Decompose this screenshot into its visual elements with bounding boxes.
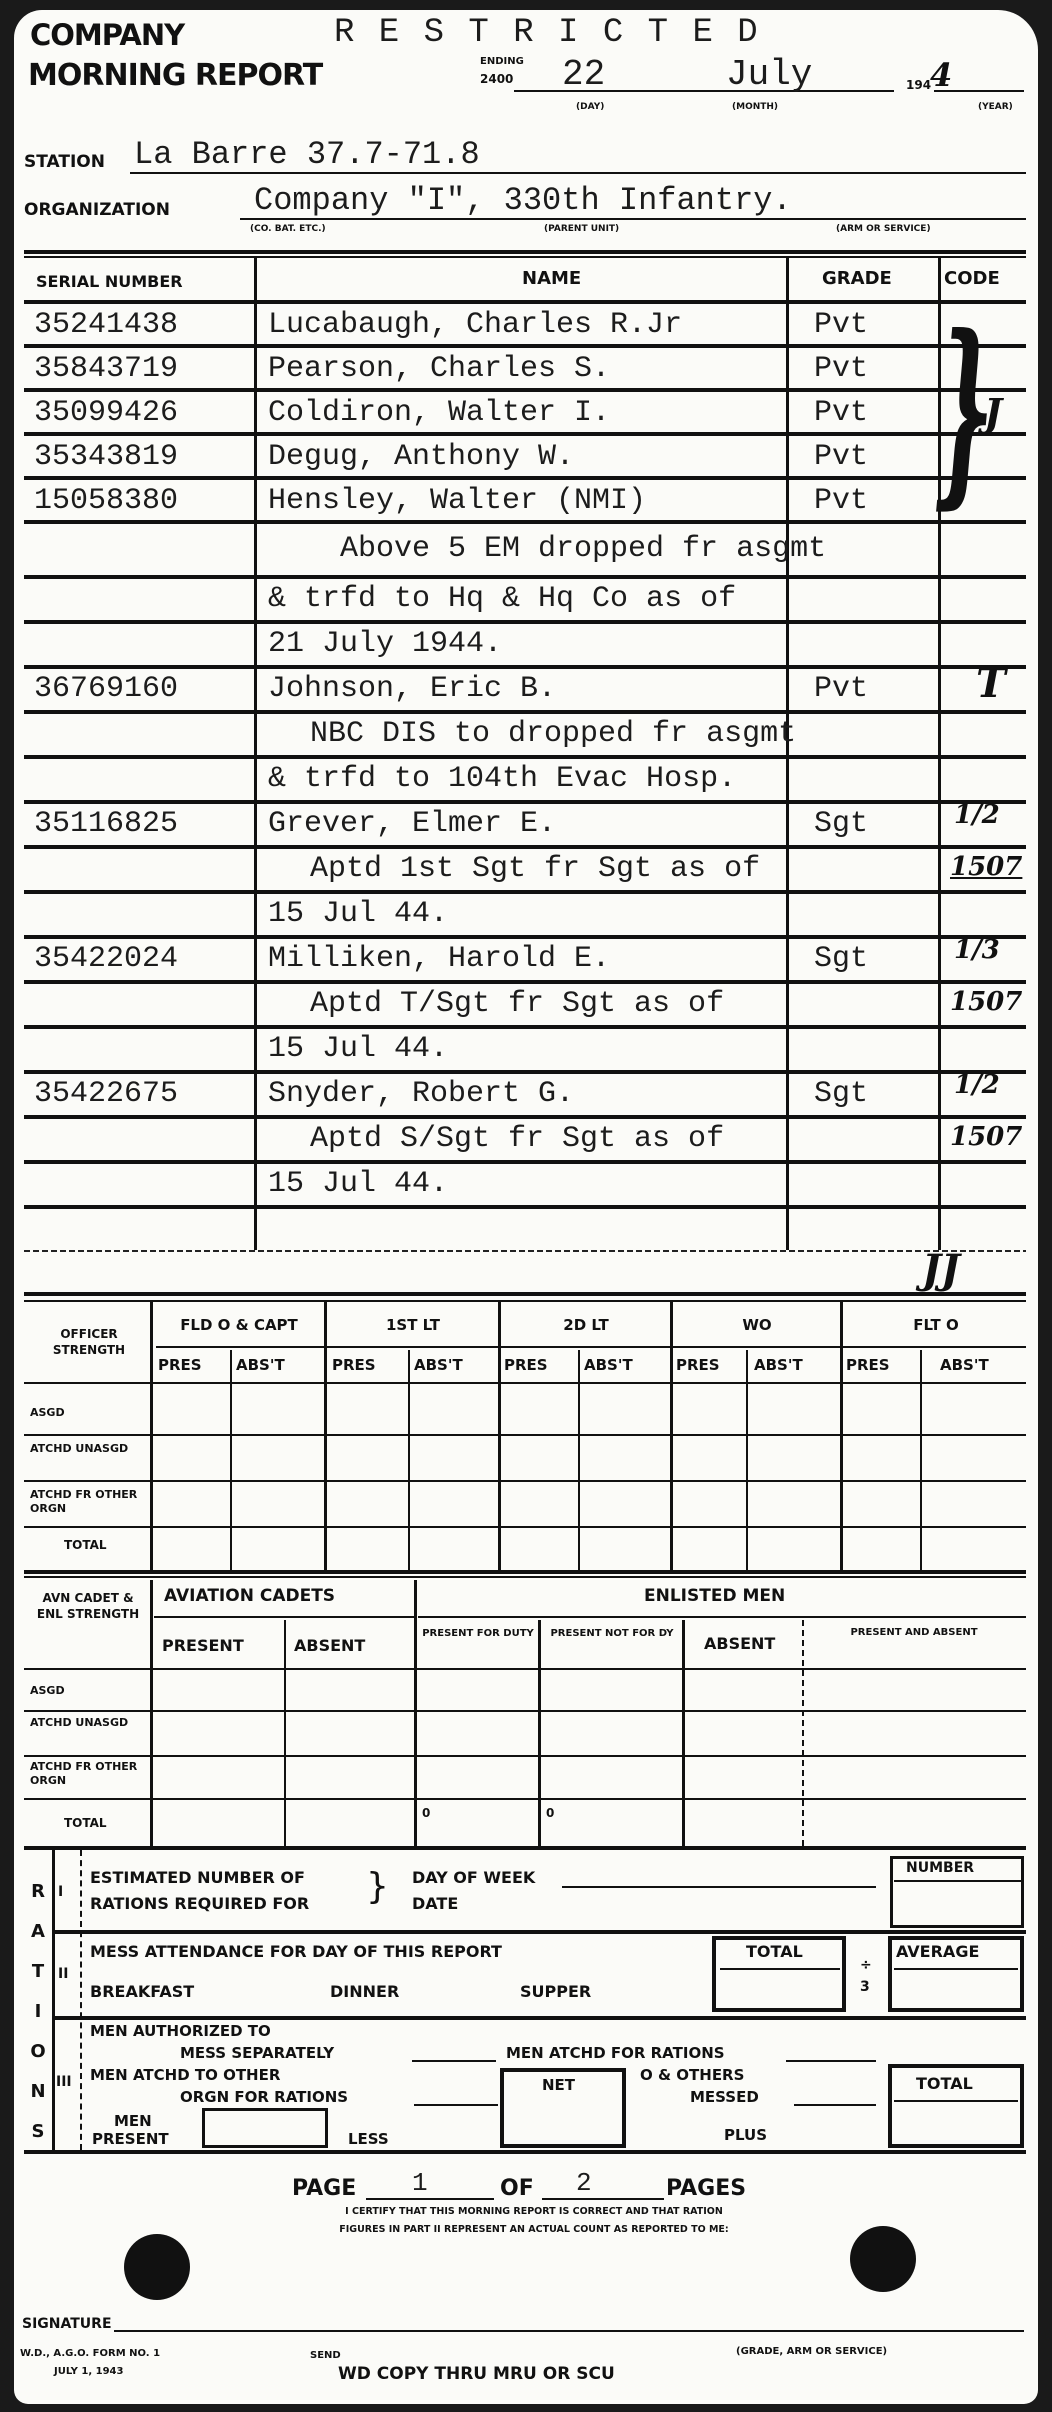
soldier-name: Pearson, Charles S. [268,352,610,386]
supper-label: SUPPER [520,1982,591,2001]
year-caption: (YEAR) [978,102,1013,112]
row-total: TOTAL [64,1538,107,1552]
signature-label: SIGNATURE [22,2316,112,2332]
number-label: NUMBER [906,1860,974,1876]
row-atchd-fr-other: ATCHD FR OTHER ORGN [30,1488,148,1516]
status-code: 1507 [950,852,1022,882]
status-code: 1507 [950,1122,1022,1152]
grade: Pvt [814,672,868,706]
organization-value: Company "I", 330th Infantry. [254,182,792,219]
average-label: AVERAGE [896,1942,979,1961]
serial-number: 15058380 [34,484,178,518]
rations-total-label: TOTAL [916,2074,973,2093]
remark-line: Aptd 1st Sgt fr Sgt as of [310,852,760,886]
grade: Pvt [814,352,868,386]
soldier-name: Degug, Anthony W. [268,440,574,474]
status-code: T [976,660,1006,707]
total-present-for-duty: 0 [422,1806,430,1820]
ending-label: ENDING [480,56,524,67]
org-caption-arm: (ARM OR SERVICE) [836,224,931,234]
soldier-name: Coldiron, Walter I. [268,396,610,430]
remark-line: 15 Jul 44. [268,897,448,931]
remark-line: & trfd to 104th Evac Hosp. [268,762,736,796]
day-caption: (DAY) [576,102,604,112]
grade: Pvt [814,484,868,518]
grade: Sgt [814,1077,868,1111]
day-of-week-label: DAY OF WEEK [412,1868,535,1887]
officer-group-2d-lt: 2D LT [504,1316,668,1334]
send-label: SEND [310,2350,341,2361]
report-month: July [726,54,812,95]
grade: Pvt [814,396,868,430]
serial-number: 35116825 [34,807,178,841]
cadets-present: PRESENT [162,1636,244,1655]
em-present-and-absent: PRESENT AND ABSENT [814,1624,1014,1642]
row-atchd-unasgd: ATCHD UNASGD [30,1442,140,1456]
status-code: 1507 [950,987,1022,1017]
men-authorized-line2: MESS SEPARATELY [180,2044,334,2062]
grade-caption: (GRADE, ARM OR SERVICE) [736,2346,887,2357]
page-number: 1 [412,2168,428,2198]
plus-label: PLUS [724,2126,767,2144]
remark-line: 15 Jul 44. [268,1167,448,1201]
enl-strength-label: AVN CADET & ENL STRENGTH [30,1590,146,1622]
em-absent: ABSENT [704,1634,775,1653]
soldier-name: Lucabaugh, Charles R.Jr [268,308,682,342]
o-others-line2: MESSED [690,2088,759,2106]
org-caption-parent: (PARENT UNIT) [544,224,619,234]
remark-line: 15 Jul 44. [268,1032,448,1066]
abst-label: ABS'T [584,1356,633,1374]
status-code: 1/3 [954,935,1000,965]
serial-number: 35422024 [34,942,178,976]
divide-by-three: ÷ 3 [860,1954,874,1998]
serial-number: 36769160 [34,672,178,706]
row-asgd: ASGD [30,1406,65,1419]
row-total: TOTAL [64,1816,107,1830]
grade: Pvt [814,440,868,474]
organization-label: ORGANIZATION [24,200,170,220]
page-label: PAGE [292,2176,356,2201]
brace-icon: } [366,1866,389,1907]
soldier-name: Grever, Elmer E. [268,807,556,841]
form-title-morning-report: MORNING REPORT [28,58,322,93]
col-header-serial: SERIAL NUMBER [36,272,183,291]
remark-line: NBC DIS to dropped fr asgmt [310,717,796,751]
em-present-for-duty: PRESENT FOR DUTY [420,1626,536,1642]
certify-line2: FIGURES IN PART II REPRESENT AN ACTUAL C… [224,2224,844,2235]
station-value: La Barre 37.7-71.8 [134,136,480,173]
status-code: 1/2 [954,800,1000,830]
serial-number: 35241438 [34,308,178,342]
soldier-name: Hensley, Walter (NMI) [268,484,646,518]
org-caption-unit: (CO. BAT. ETC.) [250,224,326,234]
status-code: 1/2 [954,1070,1000,1100]
breakfast-label: BREAKFAST [90,1982,194,2001]
wd-copy-instructions: WD COPY THRU MRU OR SCU [338,2364,615,2384]
estimated-line1: ESTIMATED NUMBER OF [90,1868,305,1887]
pres-label: PRES [846,1356,890,1374]
section-iii-label: III [56,2074,72,2090]
abst-label: ABS'T [940,1356,989,1374]
binder-hole-left [124,2234,190,2300]
remark-line: 21 July 1944. [268,627,502,661]
cadets-absent: ABSENT [294,1636,365,1655]
mess-attendance-label: MESS ATTENDANCE FOR DAY OF THIS REPORT [90,1942,502,1961]
bracket-mark: } [936,300,994,520]
abst-label: ABS'T [754,1356,803,1374]
col-header-code: CODE [944,268,1000,289]
of-label: OF [500,2176,534,2201]
rations-side-label: R A T I O N S [28,1872,48,2152]
date-label: DATE [412,1894,458,1913]
estimated-line2: RATIONS REQUIRED FOR [90,1894,309,1913]
morning-report-form: COMPANY MORNING REPORT R E S T R I C T E… [14,10,1038,2404]
officer-group-1st-lt: 1ST LT [330,1316,496,1334]
certify-line1: I CERTIFY THAT THIS MORNING REPORT IS CO… [224,2206,844,2217]
report-day: 22 [562,54,605,95]
signature-line[interactable] [114,2330,1024,2332]
soldier-name: Snyder, Robert G. [268,1077,574,1111]
officer-group-flt-o: FLT O [846,1316,1026,1334]
aviation-cadets-header: AVIATION CADETS [164,1586,335,1606]
ending-time: 2400 [480,72,513,86]
officer-strength-label: OFFICER STRENGTH [34,1326,144,1358]
dinner-label: DINNER [330,1982,399,2001]
men-atchd-rations-label: MEN ATCHD FOR RATIONS [506,2044,725,2062]
pres-label: PRES [158,1356,202,1374]
soldier-name: Johnson, Eric B. [268,672,556,706]
men-present-box[interactable] [202,2108,328,2148]
col-header-name: NAME [522,268,581,289]
row-atchd-fr-other: ATCHD FR OTHER ORGN [30,1760,148,1788]
col-header-grade: GRADE [822,268,892,289]
mess-total-label: TOTAL [746,1942,803,1961]
em-present-not-for-dy: PRESENT NOT FOR DY [544,1626,680,1642]
year-prefix: 194 [906,78,931,92]
men-present-line2: PRESENT [92,2130,169,2148]
pres-label: PRES [504,1356,548,1374]
clerk-initials: JJ [922,1246,960,1293]
remark-line: Aptd S/Sgt fr Sgt as of [310,1122,724,1156]
men-atchd-other-line2: ORGN FOR RATIONS [180,2088,348,2106]
page-total: 2 [576,2168,592,2198]
remark-line: Aptd T/Sgt fr Sgt as of [310,987,724,1021]
binder-hole-right [850,2226,916,2292]
section-i-label: I [58,1884,63,1900]
men-present-line1: MEN [114,2112,152,2130]
form-title-company: COMPANY [30,18,184,52]
serial-number: 35843719 [34,352,178,386]
less-label: LESS [348,2130,389,2148]
remark-line: & trfd to Hq & Hq Co as of [268,582,736,616]
officer-group-wo: WO [676,1316,838,1334]
year-suffix: 4 [930,56,952,94]
pages-label: PAGES [666,2176,746,2201]
section-ii-label: II [58,1966,68,1982]
pres-label: PRES [332,1356,376,1374]
classification-stamp: R E S T R I C T E D [334,14,760,52]
form-date: JULY 1, 1943 [54,2366,123,2377]
men-atchd-other-line1: MEN ATCHD TO OTHER [90,2066,280,2084]
total-present-not-for-dy: 0 [546,1806,554,1820]
serial-number: 35422675 [34,1077,178,1111]
soldier-name: Milliken, Harold E. [268,942,610,976]
o-others-line1: O & OTHERS [640,2066,744,2084]
serial-number: 35343819 [34,440,178,474]
row-atchd-unasgd: ATCHD UNASGD [30,1716,140,1730]
abst-label: ABS'T [414,1356,463,1374]
serial-number: 35099426 [34,396,178,430]
enlisted-men-header: ENLISTED MEN [644,1586,785,1606]
net-label: NET [542,2076,575,2094]
officer-group-fld-o-capt: FLD O & CAPT [156,1316,322,1334]
row-asgd: ASGD [30,1684,65,1697]
grade: Sgt [814,942,868,976]
abst-label: ABS'T [236,1356,285,1374]
grade: Sgt [814,807,868,841]
grade: Pvt [814,308,868,342]
pres-label: PRES [676,1356,720,1374]
station-label: STATION [24,152,105,172]
form-number: W.D., A.G.O. FORM NO. 1 [20,2348,160,2359]
remark-line: Above 5 EM dropped fr asgmt [340,532,826,566]
men-authorized-line1: MEN AUTHORIZED TO [90,2022,271,2040]
month-caption: (MONTH) [732,102,778,112]
